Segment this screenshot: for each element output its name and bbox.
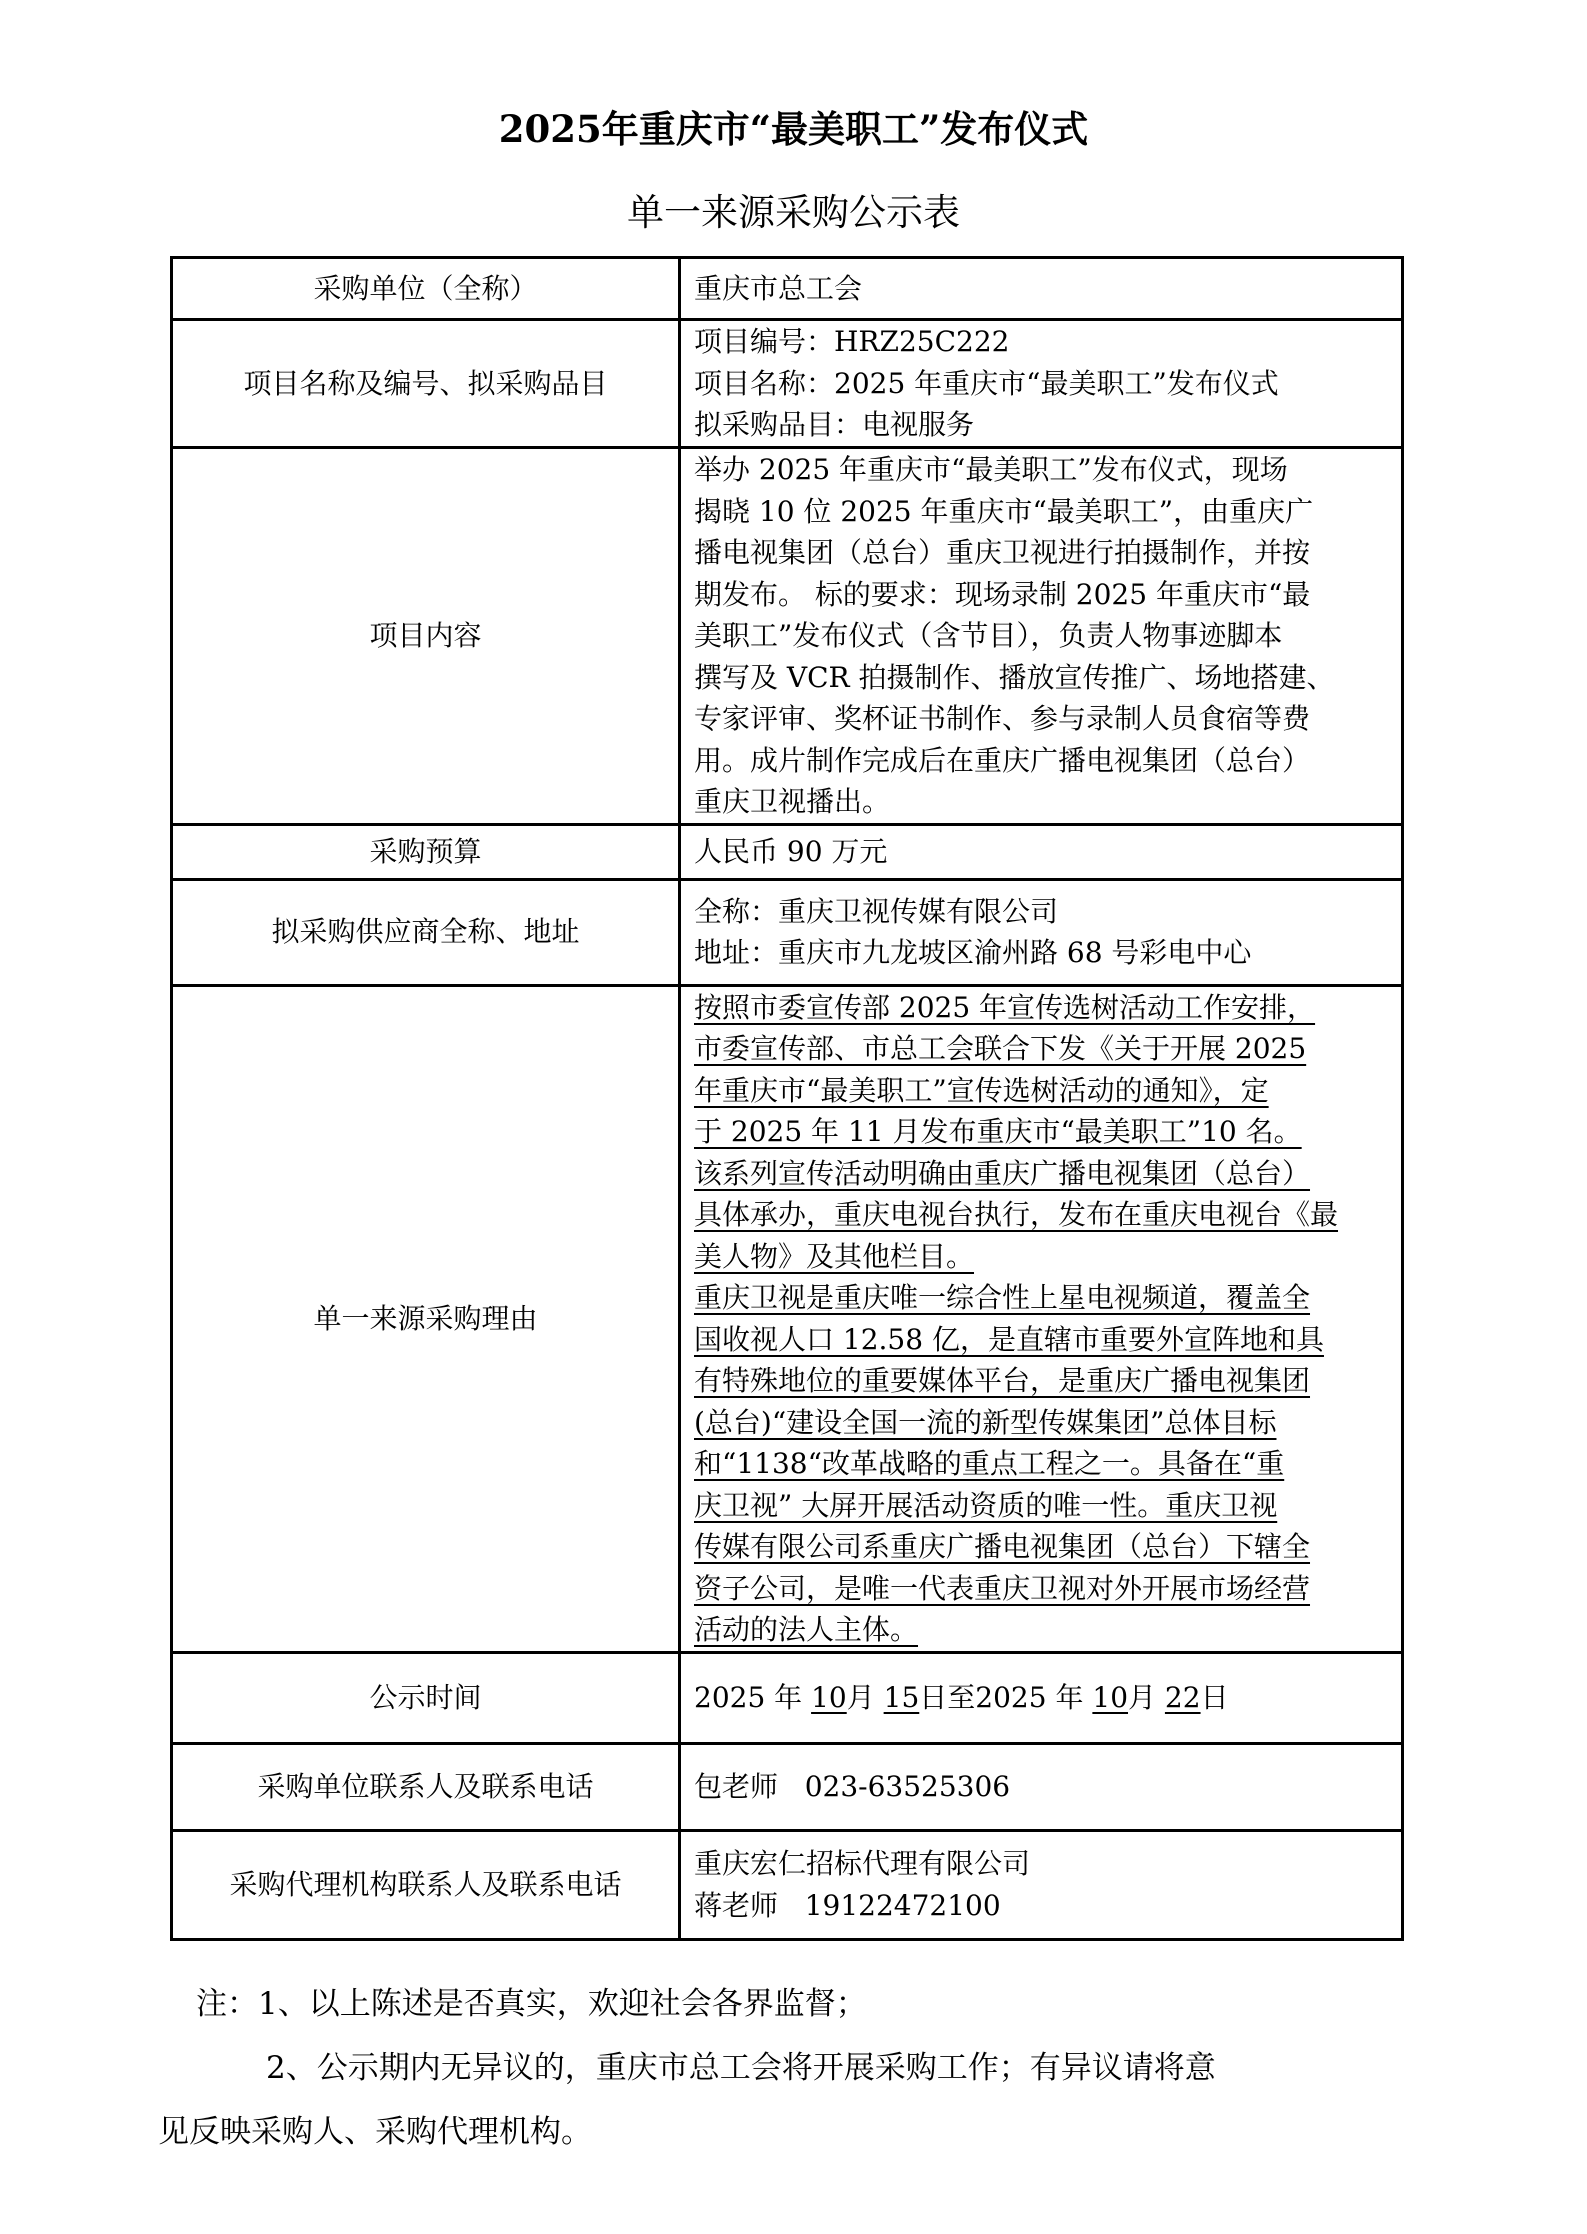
budget-amount: 人民币 90 万元: [694, 831, 1393, 873]
reason-line: 资子公司，是唯一代表重庆卫视对外开展市场经营: [694, 1568, 1393, 1610]
reason-line: (总台)“建设全国一流的新型传媒集团”总体目标: [694, 1402, 1393, 1444]
note-2: 2、公示期内无异议的，重庆市总工会将开展采购工作；有异议请将意: [158, 2036, 1428, 2100]
supplier-name: 全称：重庆卫视传媒有限公司: [694, 891, 1393, 933]
reason-line: 按照市委宣传部 2025 年宣传选树活动工作安排，: [694, 987, 1393, 1029]
row-label-agency-contact: 采购代理机构联系人及联系电话: [172, 1830, 680, 1939]
agency-contact: 蒋老师 19122472100: [694, 1885, 1393, 1927]
table-row-purchaser-contact: 采购单位联系人及联系电话 包老师 023-63525306: [172, 1743, 1403, 1830]
row-label-budget: 采购预算: [172, 824, 680, 879]
row-value-content: 举办 2025 年重庆市“最美职工”发布仪式，现场 揭晓 10 位 2025 年…: [680, 448, 1403, 825]
table-row-supplier: 拟采购供应商全称、地址 全称：重庆卫视传媒有限公司 地址：重庆市九龙坡区渝州路 …: [172, 879, 1403, 985]
table-row-project: 项目名称及编号、拟采购品目 项目编号：HRZ25C222 项目名称：2025 年…: [172, 320, 1403, 448]
date-range-separator: 至: [947, 1681, 975, 1714]
note-1: 注：1、以上陈述是否真实，欢迎社会各界监督；: [158, 1972, 1428, 2036]
year-suffix: 年: [1047, 1681, 1093, 1714]
content-line: 期发布。 标的要求：现场录制 2025 年重庆市“最: [694, 574, 1393, 616]
supplier-address: 地址：重庆市九龙坡区渝州路 68 号彩电中心: [694, 932, 1393, 974]
procurement-item: 拟采购品目：电视服务: [694, 404, 1393, 446]
document-title: 2025年重庆市“最美职工”发布仪式: [0, 104, 1587, 154]
row-value-reason: 按照市委宣传部 2025 年宣传选树活动工作安排， 市委宣传部、市总工会联合下发…: [680, 985, 1403, 1652]
content-line: 专家评审、奖杯证书制作、参与录制人员食宿等费: [694, 698, 1393, 740]
reason-line: 年重庆市“最美职工”宣传选树活动的通知》，定: [694, 1070, 1393, 1112]
row-value-notice-period: 2025 年 10月 15日至2025 年 10月 22日: [680, 1652, 1403, 1743]
table-row-budget: 采购预算 人民币 90 万元: [172, 824, 1403, 879]
row-label-project: 项目名称及编号、拟采购品目: [172, 320, 680, 448]
reason-line: 美人物》及其他栏目。: [694, 1236, 1393, 1278]
content-line: 用。成片制作完成后在重庆广播电视集团（总台）: [694, 740, 1393, 782]
project-name: 项目名称：2025 年重庆市“最美职工”发布仪式: [694, 363, 1393, 405]
row-label-supplier: 拟采购供应商全称、地址: [172, 879, 680, 985]
project-number: 项目编号：HRZ25C222: [694, 321, 1393, 363]
reason-line: 具体承办，重庆电视台执行，发布在重庆电视台《最: [694, 1194, 1393, 1236]
reason-line: 活动的法人主体。: [694, 1609, 1393, 1651]
table-row-content: 项目内容 举办 2025 年重庆市“最美职工”发布仪式，现场 揭晓 10 位 2…: [172, 448, 1403, 825]
row-label-notice-period: 公示时间: [172, 1652, 680, 1743]
content-line: 美职工”发布仪式（含节目），负责人物事迹脚本: [694, 615, 1393, 657]
content-line: 揭晓 10 位 2025 年重庆市“最美职工”，由重庆广: [694, 491, 1393, 533]
start-month: 10: [811, 1681, 847, 1714]
reason-line: 重庆卫视是重庆唯一综合性上星电视频道，覆盖全: [694, 1277, 1393, 1319]
reason-line: 于 2025 年 11 月发布重庆市“最美职工”10 名。: [694, 1111, 1393, 1153]
row-value-budget: 人民币 90 万元: [680, 824, 1403, 879]
row-label-reason: 单一来源采购理由: [172, 985, 680, 1652]
row-value-project: 项目编号：HRZ25C222 项目名称：2025 年重庆市“最美职工”发布仪式 …: [680, 320, 1403, 448]
row-value-supplier: 全称：重庆卫视传媒有限公司 地址：重庆市九龙坡区渝州路 68 号彩电中心: [680, 879, 1403, 985]
content-line: 撰写及 VCR 拍摄制作、播放宣传推广、场地搭建、: [694, 657, 1393, 699]
end-year: 2025: [975, 1681, 1046, 1714]
end-day: 22: [1165, 1681, 1201, 1714]
end-month: 10: [1092, 1681, 1128, 1714]
reason-line: 国收视人口 12.58 亿，是直辖市重要外宣阵地和具: [694, 1319, 1393, 1361]
notice-period-dates: 2025 年 10月 15日至2025 年 10月 22日: [694, 1677, 1393, 1719]
start-day: 15: [884, 1681, 920, 1714]
note-2-continued: 见反映采购人、采购代理机构。: [158, 2100, 1428, 2164]
content-line: 举办 2025 年重庆市“最美职工”发布仪式，现场: [694, 449, 1393, 491]
row-label-purchaser: 采购单位（全称）: [172, 258, 680, 320]
table-row-notice-period: 公示时间 2025 年 10月 15日至2025 年 10月 22日: [172, 1652, 1403, 1743]
purchaser-name: 重庆市总工会: [694, 268, 1393, 310]
table-row-agency-contact: 采购代理机构联系人及联系电话 重庆宏仁招标代理有限公司 蒋老师 19122472…: [172, 1830, 1403, 1939]
year-suffix: 年: [765, 1681, 811, 1714]
row-value-agency-contact: 重庆宏仁招标代理有限公司 蒋老师 19122472100: [680, 1830, 1403, 1939]
row-label-purchaser-contact: 采购单位联系人及联系电话: [172, 1743, 680, 1830]
row-value-purchaser-contact: 包老师 023-63525306: [680, 1743, 1403, 1830]
table-row-purchaser: 采购单位（全称） 重庆市总工会: [172, 258, 1403, 320]
reason-line: 传媒有限公司系重庆广播电视集团（总台）下辖全: [694, 1526, 1393, 1568]
notes-section: 注：1、以上陈述是否真实，欢迎社会各界监督； 2、公示期内无异议的，重庆市总工会…: [158, 1972, 1428, 2164]
purchaser-contact: 包老师 023-63525306: [694, 1766, 1393, 1808]
month-suffix: 月: [1128, 1681, 1165, 1714]
row-value-purchaser: 重庆市总工会: [680, 258, 1403, 320]
start-year: 2025: [694, 1681, 765, 1714]
reason-line: 该系列宣传活动明确由重庆广播电视集团（总台）: [694, 1153, 1393, 1195]
reason-line: 庆卫视” 大屏开展活动资质的唯一性。重庆卫视: [694, 1485, 1393, 1527]
row-label-content: 项目内容: [172, 448, 680, 825]
day-suffix: 日: [919, 1681, 947, 1714]
content-line: 播电视集团（总台）重庆卫视进行拍摄制作，并按: [694, 532, 1393, 574]
reason-line: 市委宣传部、市总工会联合下发《关于开展 2025: [694, 1028, 1393, 1070]
content-line: 重庆卫视播出。: [694, 781, 1393, 823]
agency-name: 重庆宏仁招标代理有限公司: [694, 1843, 1393, 1885]
procurement-notice-table: 采购单位（全称） 重庆市总工会 项目名称及编号、拟采购品目 项目编号：HRZ25…: [170, 256, 1404, 1941]
reason-line: 有特殊地位的重要媒体平台，是重庆广播电视集团: [694, 1360, 1393, 1402]
reason-line: 和“1138“改革战略的重点工程之一。具备在“重: [694, 1443, 1393, 1485]
month-suffix: 月: [847, 1681, 884, 1714]
table-row-reason: 单一来源采购理由 按照市委宣传部 2025 年宣传选树活动工作安排， 市委宣传部…: [172, 985, 1403, 1652]
document-subtitle: 单一来源采购公示表: [0, 188, 1587, 238]
day-suffix: 日: [1201, 1681, 1229, 1714]
